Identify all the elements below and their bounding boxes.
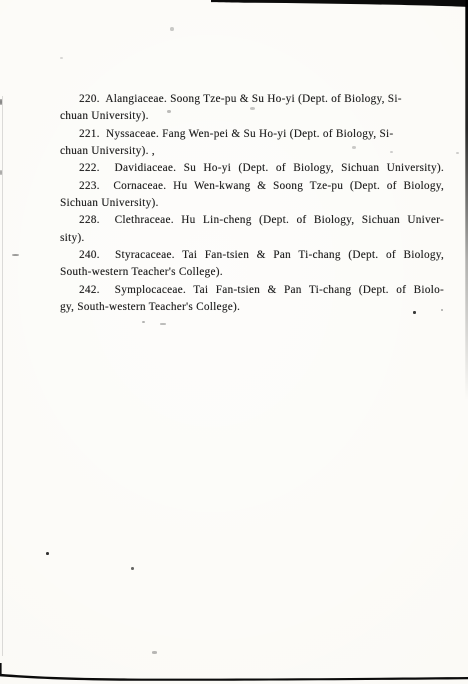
scan-speck bbox=[60, 57, 63, 59]
scan-speck bbox=[12, 254, 19, 256]
scan-speck bbox=[390, 151, 393, 153]
scan-speck bbox=[152, 651, 157, 654]
scan-speck bbox=[456, 152, 459, 154]
entry-240: 240. Styracaceae. Tai Fan-tsien & Pan Ti… bbox=[60, 247, 444, 282]
scan-speck bbox=[170, 27, 174, 31]
entry-223: 223. Cornaceae. Hu Wen-kwang & Soong Tze… bbox=[60, 178, 444, 213]
text-line: South-western Teacher's College). bbox=[60, 264, 444, 281]
text-line: gy, South-western Teacher's College). bbox=[60, 299, 444, 316]
entry-222: 222. Davidiaceae. Su Ho-yi (Dept. of Bio… bbox=[60, 160, 444, 177]
text-line: 228. Clethraceae. Hu Lin-cheng (Dept. of… bbox=[60, 212, 444, 229]
text-line: 222. Davidiaceae. Su Ho-yi (Dept. of Bio… bbox=[60, 160, 444, 177]
scan-speck bbox=[0, 99, 2, 105]
text-line: 220. Alangiaceae. Soong Tze-pu & Su Ho-y… bbox=[60, 91, 444, 108]
text-line: chuan University). bbox=[60, 108, 444, 125]
scan-speck bbox=[413, 311, 416, 314]
scan-speck bbox=[131, 567, 134, 570]
scan-speck bbox=[160, 323, 166, 325]
text-line: Sichuan University). bbox=[60, 195, 444, 212]
scan-speck bbox=[441, 309, 443, 311]
scan-speck bbox=[142, 321, 145, 323]
scan-edge-bottom-left-tick bbox=[0, 663, 2, 675]
text-line: 221. Nyssaceae. Fang Wen-pei & Su Ho-yi … bbox=[60, 126, 444, 143]
entry-221: 221. Nyssaceae. Fang Wen-pei & Su Ho-yi … bbox=[60, 126, 444, 161]
text-line: chuan University). , bbox=[60, 143, 444, 160]
scan-speck bbox=[0, 170, 2, 175]
text-line: 242. Symplocaceae. Tai Fan-tsien & Pan T… bbox=[60, 282, 444, 299]
scan-left-crease bbox=[2, 96, 3, 656]
text-line: 240. Styracaceae. Tai Fan-tsien & Pan Ti… bbox=[60, 247, 444, 264]
scan-speck bbox=[167, 110, 171, 113]
scanned-page: 220. Alangiaceae. Soong Tze-pu & Su Ho-y… bbox=[0, 0, 468, 684]
scan-edge-top bbox=[211, 0, 468, 7]
scan-edge-bottom bbox=[0, 674, 468, 681]
scan-speck bbox=[250, 107, 255, 110]
scan-speck bbox=[352, 146, 356, 149]
entry-list: 220. Alangiaceae. Soong Tze-pu & Su Ho-y… bbox=[60, 91, 444, 316]
text-line: 223. Cornaceae. Hu Wen-kwang & Soong Tze… bbox=[60, 178, 444, 195]
entry-242: 242. Symplocaceae. Tai Fan-tsien & Pan T… bbox=[60, 282, 444, 317]
scan-speck bbox=[46, 552, 49, 555]
text-line: sity). bbox=[60, 230, 444, 247]
entry-228: 228. Clethraceae. Hu Lin-cheng (Dept. of… bbox=[60, 212, 444, 247]
